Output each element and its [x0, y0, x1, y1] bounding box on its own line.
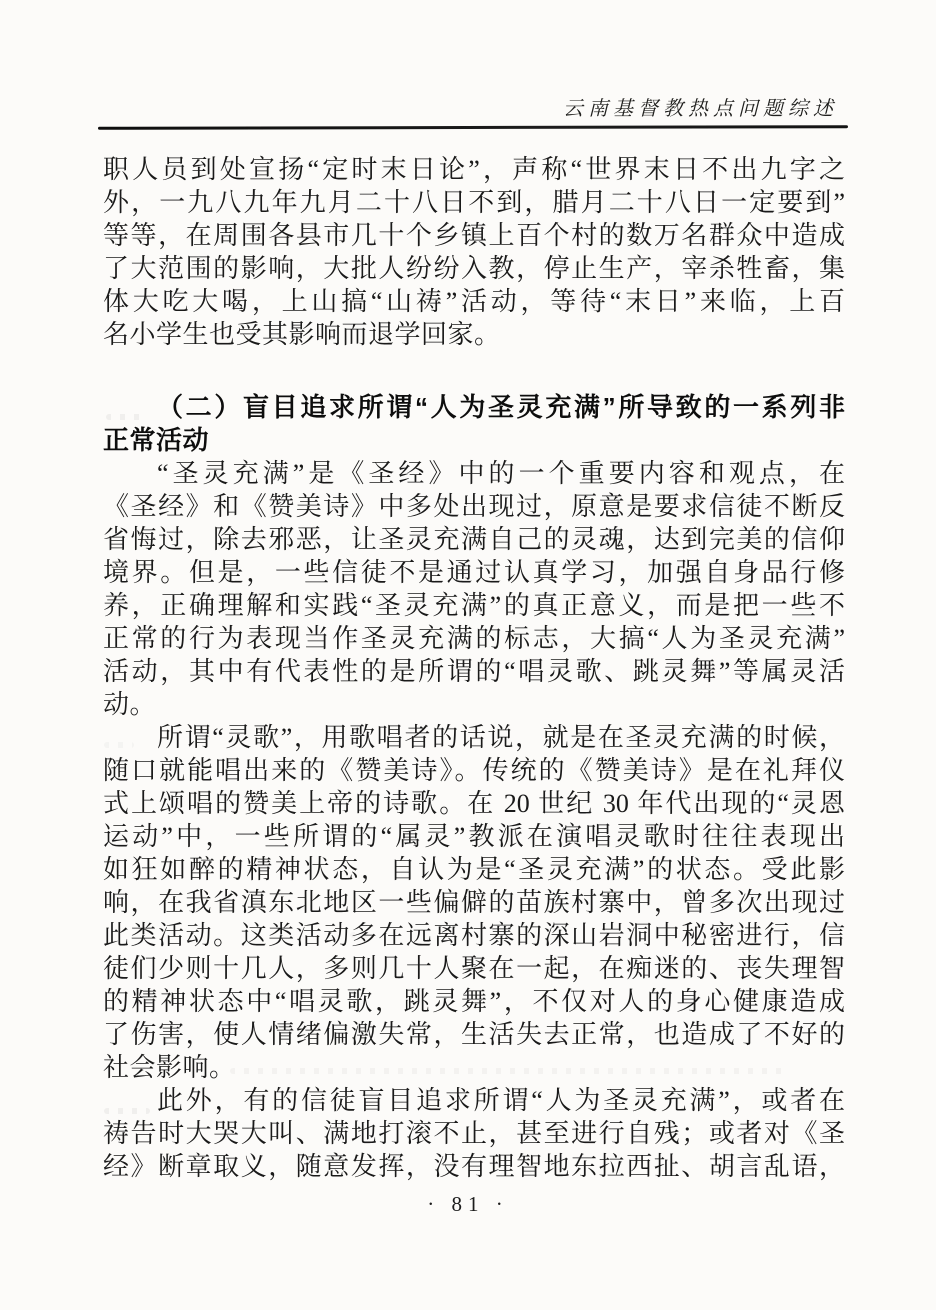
running-header: 云南基督教热点问题综述 — [563, 92, 838, 121]
text-line: 活动，其中有代表性的是所谓的“唱灵歌、跳灵舞”等属灵活 — [103, 655, 845, 688]
text-line: 随口就能唱出来的《赞美诗》。传统的《赞美诗》是在礼拜仪 — [103, 754, 845, 787]
text-line: 所谓“灵歌”，用歌唱者的话说，就是在圣灵充满的时候， — [103, 721, 845, 754]
text-line: “圣灵充满”是《圣经》中的一个重要内容和观点，在 — [103, 457, 845, 490]
text-line: 响，在我省滇东北地区一些偏僻的苗族村寨中，曾多次出现过 — [103, 886, 845, 919]
scanned-book-page: 云南基督教热点问题综述 职人员到处宣扬“定时末日论”，声称“世界末日不出九字之外… — [0, 0, 936, 1310]
text-line: 养，正确理解和实践“圣灵充满”的真正意义，而是把一些不 — [103, 589, 845, 622]
paragraph-doomsday-continuation: 职人员到处宣扬“定时末日论”，声称“世界末日不出九字之外，一九八九年九月二十八日… — [103, 153, 845, 351]
paragraph-other-abnormal-behaviors: 此外，有的信徒盲目追求所谓“人为圣灵充满”，或者在祷告时大哭大叫、满地打滚不止，… — [103, 1084, 845, 1183]
text-line: 职人员到处宣扬“定时末日论”，声称“世界末日不出九字之 — [103, 153, 845, 186]
text-line: 省悔过，除去邪恶，让圣灵充满自己的灵魂，达到完美的信仰 — [103, 523, 845, 556]
text-line: 了大范围的影响，大批人纷纷入教，停止生产，宰杀牲畜，集 — [103, 252, 845, 285]
paragraph-spirit-songs: 所谓“灵歌”，用歌唱者的话说，就是在圣灵充满的时候，随口就能唱出来的《赞美诗》。… — [103, 721, 845, 1084]
text-line: 的精神状态中“唱灵歌，跳灵舞”，不仅对人的身心健康造成 — [103, 985, 845, 1018]
text-line: 外，一九八九年九月二十八日不到，腊月二十八日一定要到” — [103, 186, 845, 219]
text-line: （二）盲目追求所谓“人为圣灵充满”所导致的一系列非 — [103, 391, 845, 424]
text-line: 正常的行为表现当作圣灵充满的标志，大搞“人为圣灵充满” — [103, 622, 845, 655]
text-line: 了伤害，使人情绪偏激失常，生活失去正常，也造成了不好的 — [103, 1018, 845, 1051]
text-line: 名小学生也受其影响而退学回家。 — [103, 318, 845, 351]
text-line: 此外，有的信徒盲目追求所谓“人为圣灵充满”，或者在 — [103, 1084, 845, 1117]
header-rule — [98, 125, 848, 130]
text-line: 等等，在周围各县市几十个乡镇上百个村的数万名群众中造成 — [103, 219, 845, 252]
text-line: 徒们少则十几人，多则几十人聚在一起，在痴迷的、丧失理智 — [103, 952, 845, 985]
text-line: 社会影响。 — [103, 1051, 845, 1084]
text-line: 如狂如醉的精神状态，自认为是“圣灵充满”的状态。受此影 — [103, 853, 845, 886]
text-line: 动。 — [103, 688, 845, 721]
text-line: 式上颂唱的赞美上帝的诗歌。在 20 世纪 30 年代出现的“灵恩 — [103, 787, 845, 820]
text-body: 职人员到处宣扬“定时末日论”，声称“世界末日不出九字之外，一九八九年九月二十八日… — [103, 153, 845, 1183]
text-line: 经》断章取义，随意发挥，没有理智地东拉西扯、胡言乱语， — [103, 1150, 845, 1183]
text-line: 境界。但是，一些信徒不是通过认真学习，加强自身品行修 — [103, 556, 845, 589]
text-line: 祷告时大哭大叫、满地打滚不止，甚至进行自残；或者对《圣 — [103, 1117, 845, 1150]
paragraph-holy-spirit-fullness: “圣灵充满”是《圣经》中的一个重要内容和观点，在《圣经》和《赞美诗》中多处出现过… — [103, 457, 845, 721]
page-number: · 81 · — [0, 1192, 936, 1217]
text-line: 《圣经》和《赞美诗》中多处出现过，原意是要求信徒不断反 — [103, 490, 845, 523]
text-line: 此类活动。这类活动多在远离村寨的深山岩洞中秘密进行，信 — [103, 919, 845, 952]
text-line: 正常活动 — [103, 424, 845, 457]
text-line: 运动”中，一些所谓的“属灵”教派在演唱灵歌时往往表现出 — [103, 820, 845, 853]
text-line: 体大吃大喝，上山搞“山祷”活动，等待“末日”来临，上百 — [103, 285, 845, 318]
section-heading-2: （二）盲目追求所谓“人为圣灵充满”所导致的一系列非正常活动 — [103, 391, 845, 457]
